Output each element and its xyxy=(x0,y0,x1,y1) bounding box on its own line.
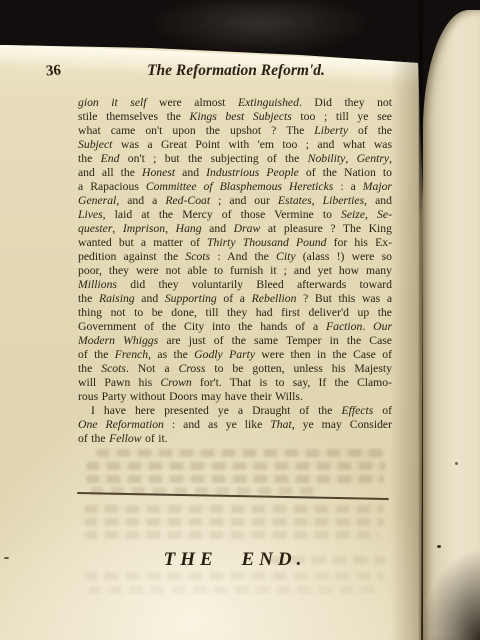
bleed-through-text xyxy=(88,586,378,594)
corner-shadow xyxy=(396,510,480,640)
bleed-through-text xyxy=(84,572,384,580)
bleed-through-text xyxy=(84,518,384,526)
paper-speck xyxy=(4,557,9,559)
bleed-through-text xyxy=(86,475,384,483)
bleed-through-text xyxy=(84,531,380,539)
bleed-through-text xyxy=(86,462,386,470)
bleed-through-text xyxy=(96,449,386,457)
paper-speck xyxy=(437,545,441,548)
paper-speck xyxy=(455,462,458,465)
the-end-text: THE END. xyxy=(78,549,392,571)
page-number: 36 xyxy=(45,62,61,80)
bleed-through-text xyxy=(84,505,384,513)
book-page: 36 The Reformation Reform'd. gion it sel… xyxy=(0,0,424,640)
running-head-title: The Reformation Reform'd. xyxy=(78,62,394,80)
book-photo: 36 The Reformation Reform'd. gion it sel… xyxy=(0,0,480,640)
body-text: gion it self were almost Extinguished. D… xyxy=(78,96,392,446)
